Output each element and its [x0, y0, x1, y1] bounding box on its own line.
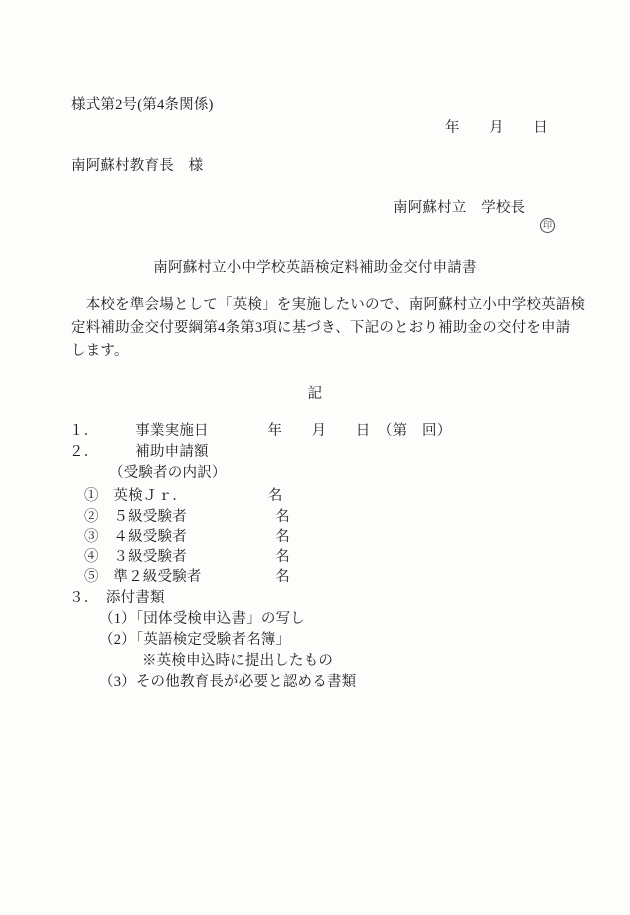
- form-number-label: 様式第2号(第4条関係): [71, 97, 214, 113]
- document-title: 南阿蘇村立小中学校英語検定料補助金交付申請書: [0, 260, 630, 276]
- item-business-date: １． 事業実施日 年 月 日 （第 回）: [69, 423, 451, 439]
- attachment-2-note: ※英検申込時に提出したもの: [142, 653, 333, 669]
- record-marker: 記: [0, 386, 630, 402]
- body-paragraph-line-1: 本校を準会場として「英検」を実施したいので、南阿蘇村立小中学校英語検: [71, 297, 585, 313]
- breakdown-row-grade4: ③ ４級受験者 名: [84, 529, 290, 545]
- date-line: 年 月 日: [445, 120, 548, 136]
- application-form-page: 様式第2号(第4条関係) 年 月 日 南阿蘇村教育長 様 南阿蘇村立 学校長 印…: [0, 0, 630, 915]
- attachment-3: （3）その他教育長が必要と認める書類: [99, 674, 356, 690]
- breakdown-row-grade5: ② ５級受験者 名: [84, 509, 290, 525]
- item-attachments: ３． 添付書類: [69, 590, 165, 606]
- seal-icon: 印: [540, 218, 555, 233]
- body-paragraph-line-3: します。: [71, 343, 129, 359]
- attachment-1: （1）「団体受検申込書」の写し: [99, 611, 305, 627]
- addressee-line: 南阿蘇村教育長 様: [71, 158, 203, 174]
- item-subsidy-amount: ２． 補助申請額: [69, 444, 209, 460]
- breakdown-row-grade3: ④ ３級受験者 名: [84, 549, 290, 565]
- attachment-2: （2）「英語検定受験者名簿」: [99, 632, 290, 648]
- breakdown-row-eiken-jr: ① 英検Ｊｒ． 名: [84, 488, 283, 504]
- breakdown-row-pregrade2: ⑤ 準２級受験者 名: [84, 569, 290, 585]
- seal-stamp: 印: [540, 218, 555, 233]
- breakdown-header: （受験者の内訳）: [109, 465, 227, 481]
- body-paragraph-line-2: 定料補助金交付要綱第4条第3項に基づき、下記のとおり補助金の交付を申請: [71, 320, 570, 336]
- sender-line: 南阿蘇村立 学校長: [393, 200, 525, 216]
